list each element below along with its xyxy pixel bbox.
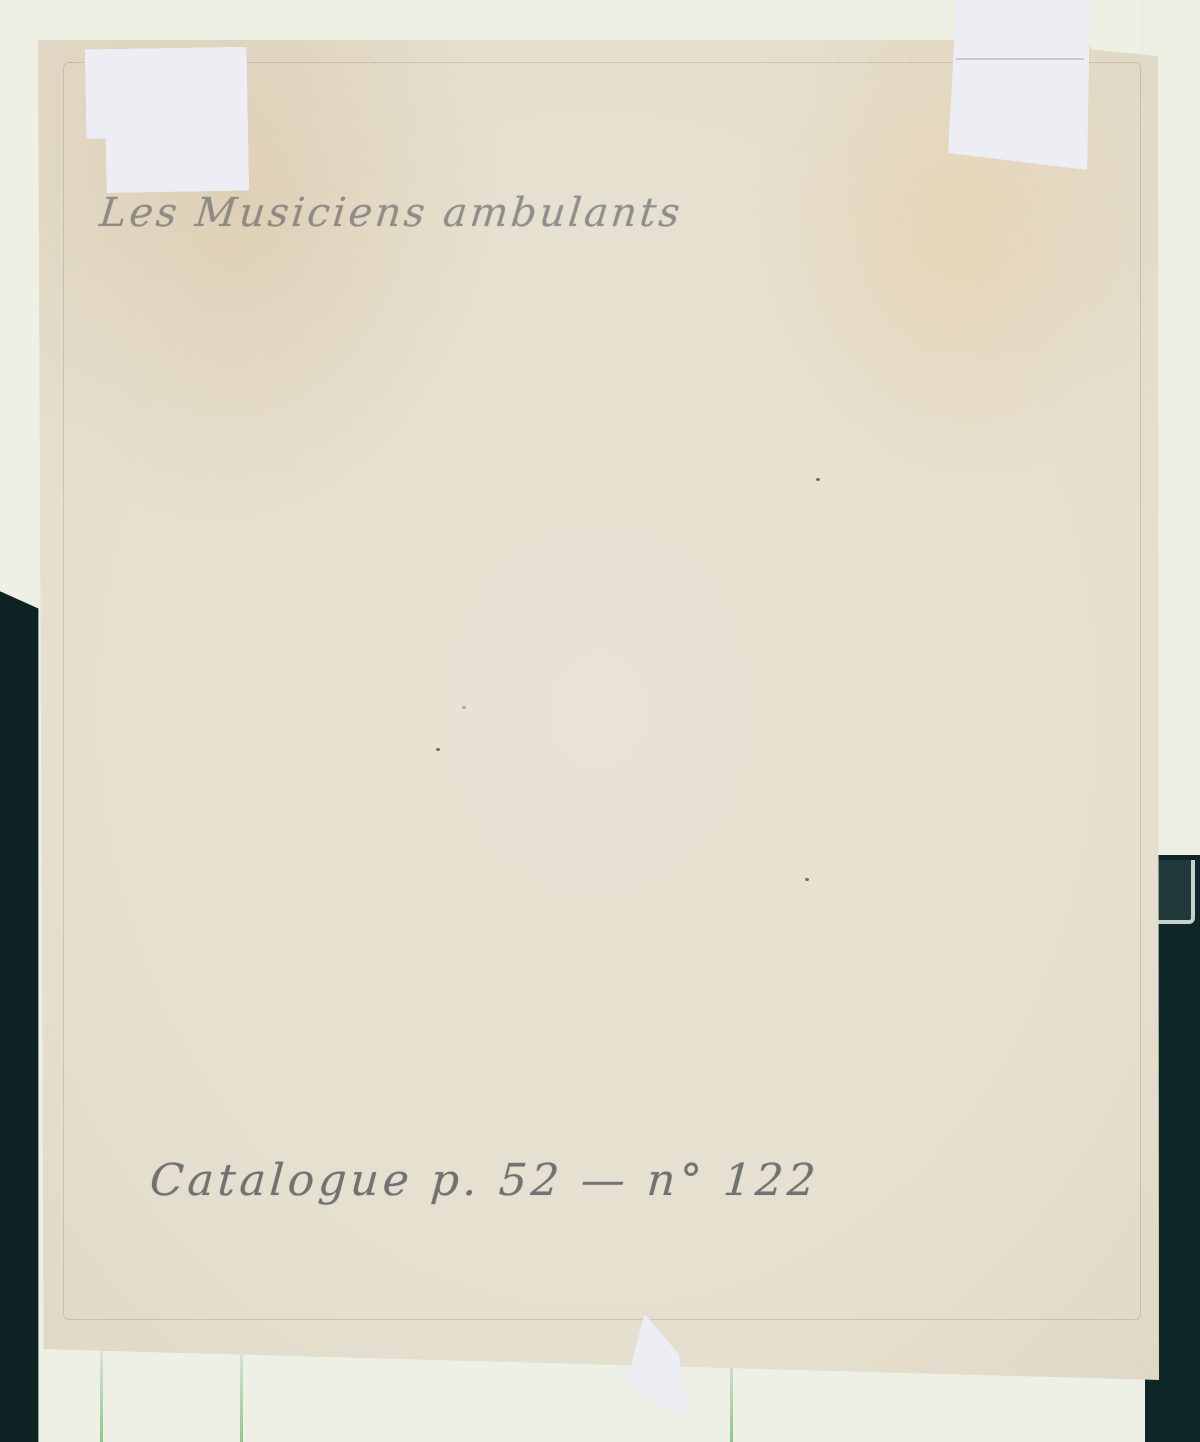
pencil-catalog-inscription: Catalogue p. 52 — n° 122 [148, 1155, 821, 1206]
paper-speck [816, 478, 820, 481]
paper-speck [805, 878, 809, 881]
pencil-title-inscription: Les Musiciens ambulants [98, 190, 685, 236]
paper-speck [436, 748, 440, 751]
hinge-fold-line [956, 58, 1084, 60]
plate-mark [63, 62, 1141, 1320]
paper-speck [462, 706, 466, 709]
paper-hinge-top-left [85, 47, 249, 194]
paper-hinge-top-right [948, 0, 1090, 170]
